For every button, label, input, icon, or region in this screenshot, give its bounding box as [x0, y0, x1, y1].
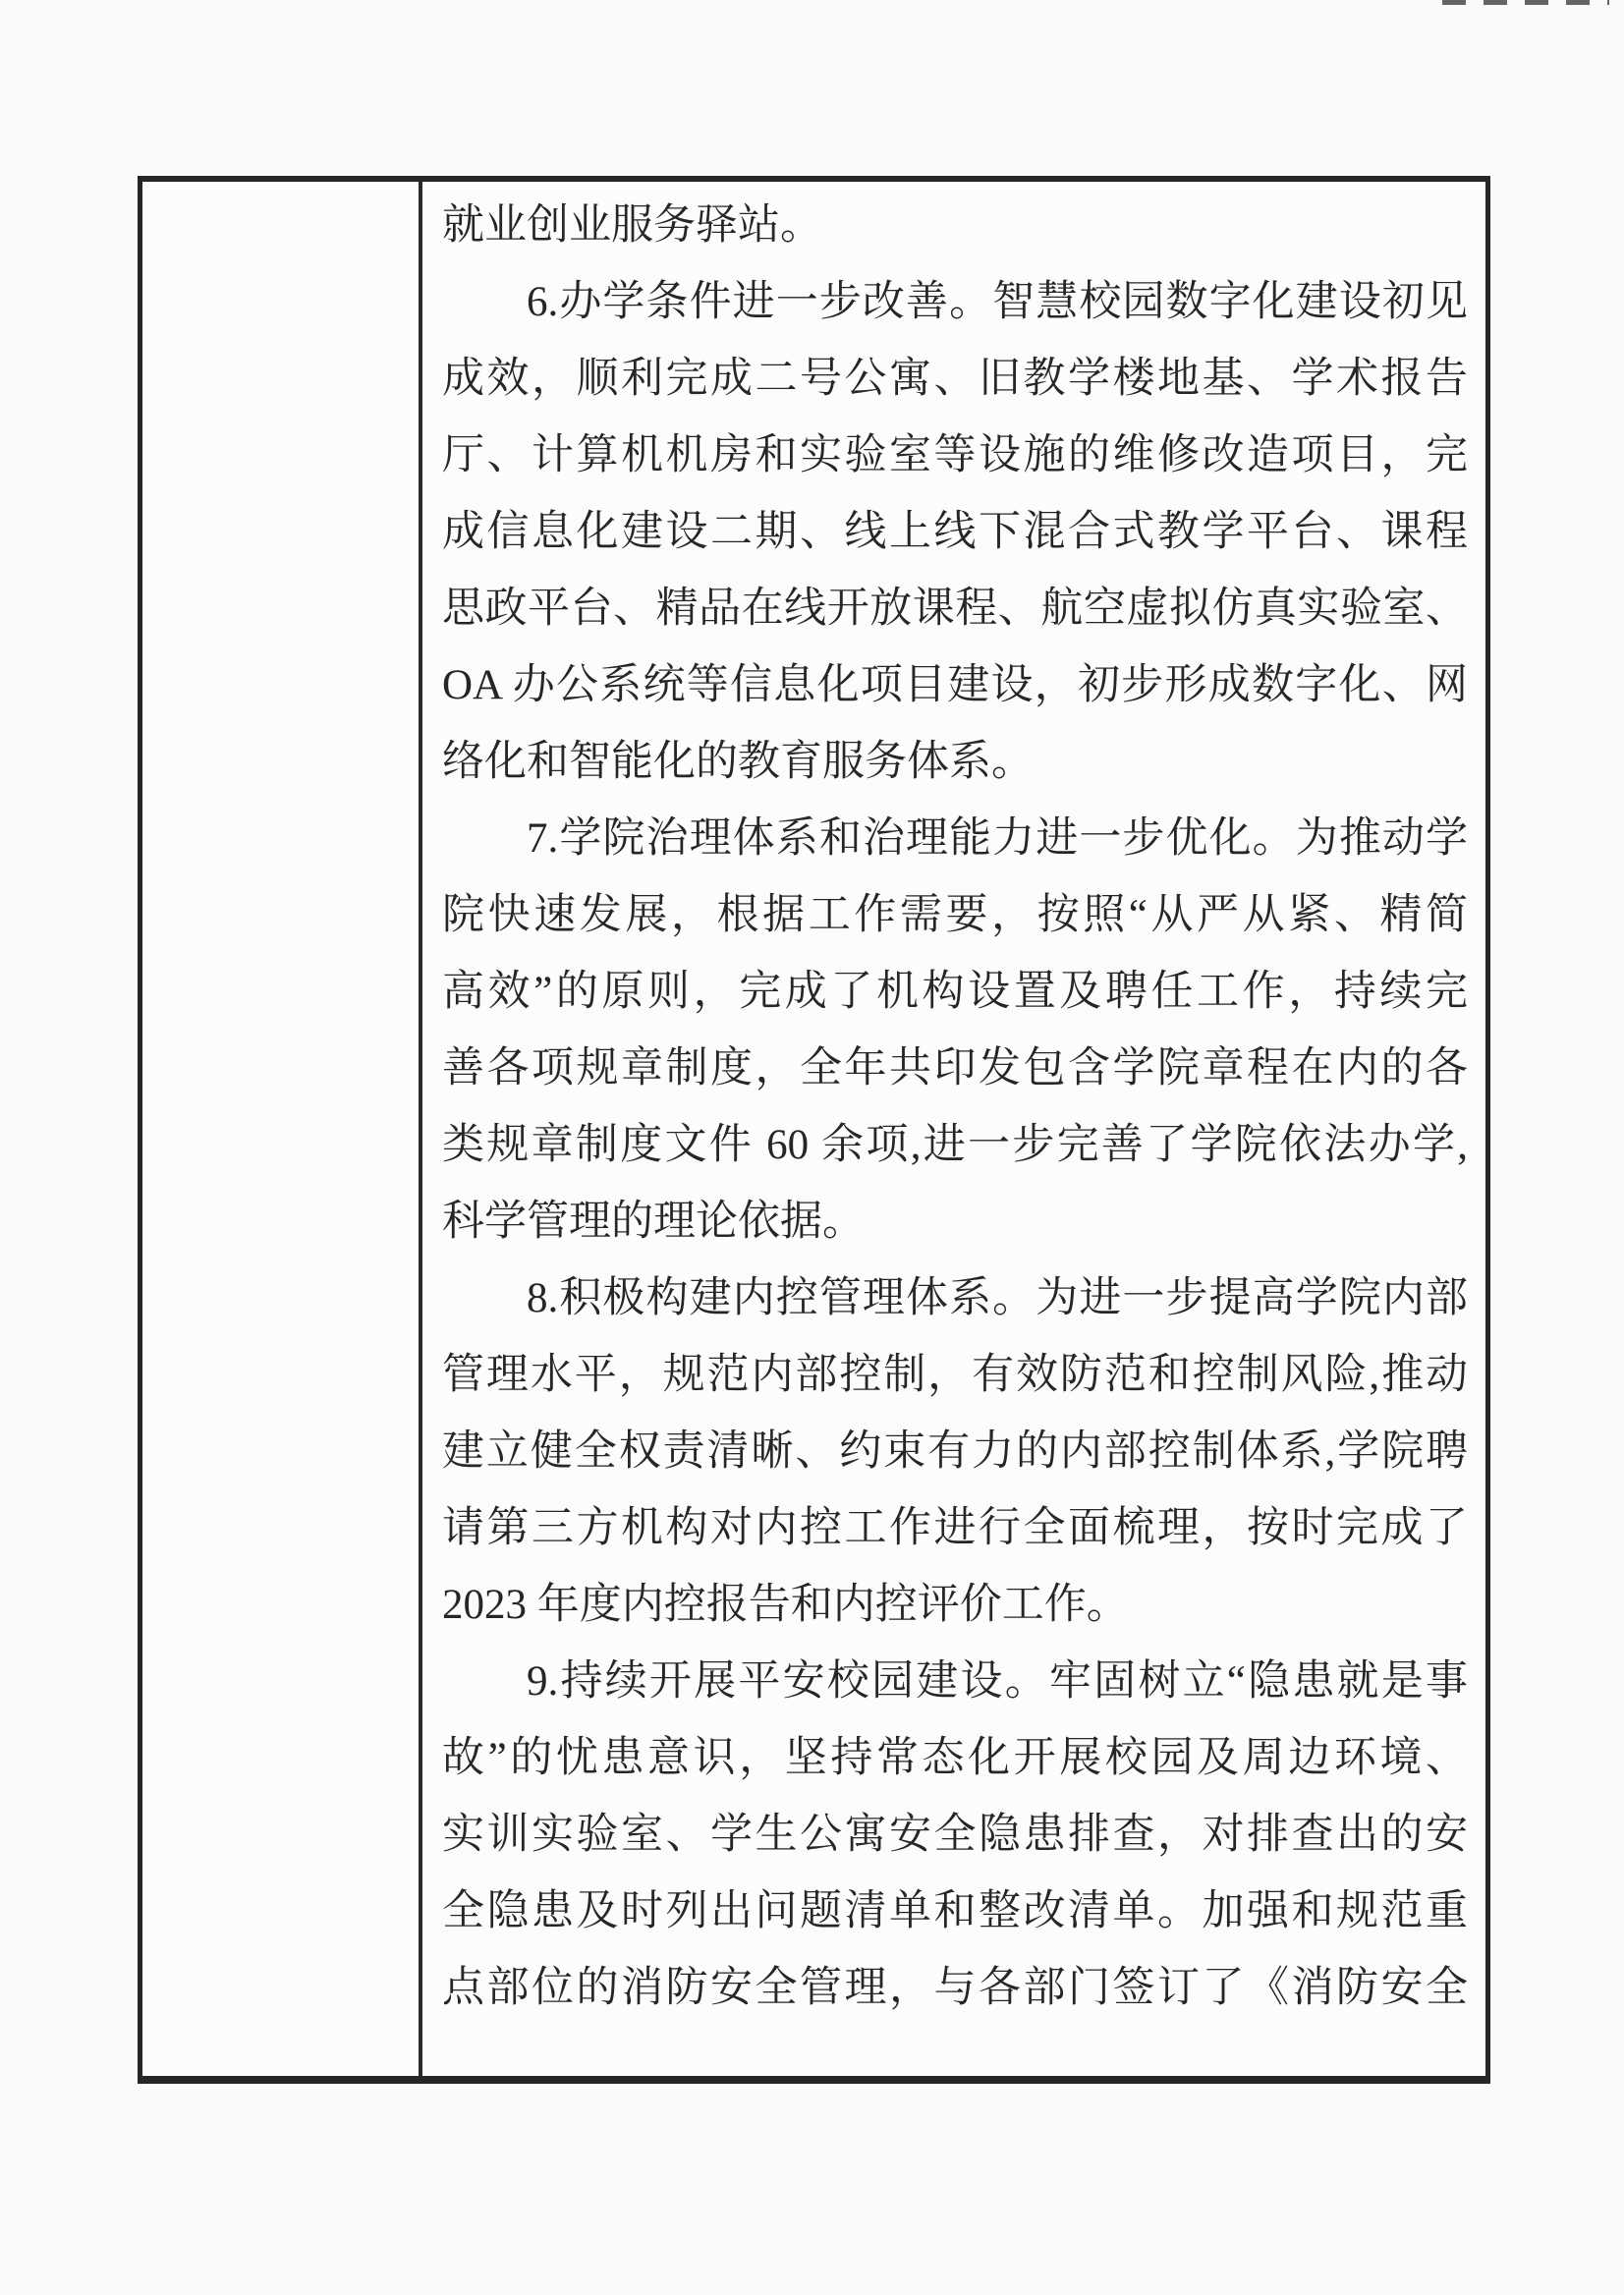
text-line: 7.学院治理体系和治理能力进一步优化。为推动学	[442, 801, 1468, 877]
text-line: 6.办学条件进一步改善。智慧校园数字化建设初见	[442, 264, 1468, 341]
text-line: 类规章制度文件 60 余项,进一步完善了学院依法办学,	[442, 1107, 1468, 1184]
text-line: 络化和智能化的教育服务体系。	[442, 724, 1468, 801]
content-cell: 就业创业服务驿站。6.办学条件进一步改善。智慧校园数字化建设初见成效，顺利完成二…	[422, 182, 1485, 2076]
report-table: 就业创业服务驿站。6.办学条件进一步改善。智慧校园数字化建设初见成效，顺利完成二…	[138, 176, 1490, 2084]
text-line: 请第三方机构对内控工作进行全面梳理，按时完成了	[442, 1490, 1468, 1567]
text-line: 管理水平，规范内部控制，有效防范和控制风险,推动	[442, 1337, 1468, 1414]
text-line: 院快速发展，根据工作需要，按照“从严从紧、精简	[442, 877, 1468, 954]
text-line: 2023 年度内控报告和内控评价工作。	[442, 1567, 1468, 1644]
label-cell	[142, 182, 422, 2076]
text-line: 9.持续开展平安校园建设。牢固树立“隐患就是事	[442, 1644, 1468, 1720]
text-line: 全隐患及时列出问题清单和整改清单。加强和规范重	[442, 1874, 1468, 1950]
text-line: 思政平台、精品在线开放课程、航空虚拟仿真实验室、	[442, 571, 1468, 647]
text-line: 就业创业服务驿站。	[442, 188, 1468, 264]
text-line: 点部位的消防安全管理，与各部门签订了《消防安全	[442, 1950, 1468, 2027]
text-line: 高效”的原则，完成了机构设置及聘任工作，持续完	[442, 954, 1468, 1031]
text-line: 实训实验室、学生公寓安全隐患排查，对排查出的安	[442, 1797, 1468, 1874]
scan-edge-artifact	[1442, 0, 1609, 5]
text-line: 厅、计算机机房和实验室等设施的维修改造项目，完	[442, 418, 1468, 494]
text-line: 成信息化建设二期、线上线下混合式教学平台、课程	[442, 494, 1468, 571]
text-line: OA 办公系统等信息化项目建设，初步形成数字化、网	[442, 647, 1468, 724]
text-line: 成效，顺利完成二号公寓、旧教学楼地基、学术报告	[442, 341, 1468, 418]
text-line: 故”的忧患意识，坚持常态化开展校园及周边环境、	[442, 1720, 1468, 1797]
text-line: 科学管理的理论依据。	[442, 1184, 1468, 1260]
text-line: 建立健全权责清晰、约束有力的内部控制体系,学院聘	[442, 1414, 1468, 1490]
text-line: 8.积极构建内控管理体系。为进一步提高学院内部	[442, 1260, 1468, 1337]
text-line: 善各项规章制度，全年共印发包含学院章程在内的各	[442, 1031, 1468, 1107]
